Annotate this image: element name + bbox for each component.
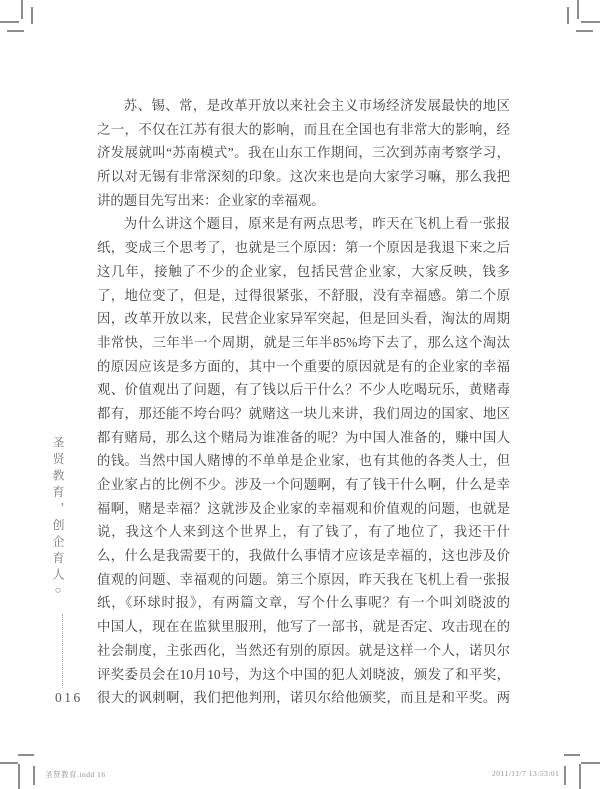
text-line: 了，地位变了，但是，过得很紧张，不舒服，没有幸福感。第二个原 [97,284,510,308]
circle-marker: ○ [52,585,64,602]
text-line: 这几年，接触了不少的企业家，包括民营企业家，大家反映，钱多 [97,260,510,284]
text-line: 苏、锡、常，是改革开放以来社会主义市场经济发展最快的地区 [97,94,510,118]
crop-mark [21,0,23,19]
text-line: 值观的问题、幸福观的问题。第三个原因，昨天我在飞机上看一张报 [97,568,510,592]
text-line: 非常快，三年半一个周期，就是三年半85%垮下去了，那么这个淘汰 [97,331,510,355]
text-line: 么，什么是我需要干的，我做什么事情才应该是幸福的，这也涉及价 [97,544,510,568]
crop-mark [564,754,580,756]
text-line: 的原因应该是多方面的，其中一个重要的原因就是有的企业家的幸福 [97,355,510,379]
crop-mark [18,754,34,756]
sidebar-caption: 圣贤教育，创企育人○ [50,436,67,676]
text-line: 都有，那还能不垮台吗？就赌这一块儿来讲，我们周边的国家、地区 [97,402,510,426]
crop-mark [581,762,600,764]
text-line: 因，改革开放以来，民营企业家异军突起，但是回头看，淘汰的周期 [97,307,510,331]
text-line: 的钱。当然中国人赌博的不单单是企业家，也有其他的各类人士，但 [97,449,510,473]
text-line: 之一，不仅在江苏有很大的影响，而且在全国也有非常大的影响，经 [97,118,510,142]
crop-mark [577,0,579,19]
text-line: 评奖委员会在10月10号，为这个中国的犯人刘晓波，颁发了和平奖， [97,663,510,687]
text-line: 说，我这个人来到这个世界上，有了钱了，有了地位了，我还干什 [97,520,510,544]
crop-mark [0,762,18,764]
text-line: 讲的题目先写出来：企业家的幸福观。 [97,189,510,213]
crop-mark [567,7,569,24]
text-line: 福啊，赌是幸福？这就涉及企业家的幸福观和价值观的问题，也就是 [97,497,510,521]
sidebar-dotted-rule [62,614,63,688]
crop-mark [581,21,600,23]
sidebar-caption-text: 圣贤教育，创企育人 [51,436,65,585]
text-line: 观、价值观出了问题，有了钱以后干什么？不少人吃喝玩乐，黄赌毒 [97,378,510,402]
footer-filename: 圣贤教育.indd 16 [45,769,106,780]
book-page: 圣贤教育，创企育人○ 016 苏、锡、常，是改革开放以来社会主义市场经济发展最快… [0,0,600,789]
crop-mark [579,764,581,789]
text-line: 济发展就叫“苏南模式”。我在山东工作期间，三次到苏南考察学习， [97,141,510,165]
footer-timestamp: 2011/11/7 13:53:01 [492,769,559,778]
crop-mark [31,7,33,24]
crop-mark [564,766,566,785]
text-line: 都有赌局，那么这个赌局为谁准备的呢？为中国人准备的，赚中国人 [97,426,510,450]
crop-mark [18,764,20,789]
text-line: 中国人，现在在监狱里服刑，他写了一部书，就是否定、攻击现在的 [97,615,510,639]
crop-mark [0,21,19,23]
body-text: 苏、锡、常，是改革开放以来社会主义市场经济发展最快的地区之一，不仅在江苏有很大的… [97,94,510,710]
text-line: 很大的讽刺啊，我们把他判刑，诺贝尔给他颁奖，而且是和平奖。两 [97,686,510,710]
crop-mark [33,766,35,785]
page-number: 016 [55,690,83,706]
text-line: 所以对无锡有非常深刻的印象。这次来也是向大家学习嘛，那么我把 [97,165,510,189]
text-line: 社会制度，主张西化，当然还有别的原因。就是这样一个人，诺贝尔 [97,639,510,663]
text-line: 企业家占的比例不少。涉及一个问题啊，有了钱干什么啊，什么是幸 [97,473,510,497]
text-line: 为什么讲这个题目，原来是有两点思考，昨天在飞机上看一张报 [97,212,510,236]
crop-mark [576,30,593,32]
text-line: 纸，变成三个思考了，也就是三个原因：第一个原因是我退下来之后 [97,236,510,260]
crop-mark [7,30,24,32]
text-line: 纸，《环球时报》，有两篇文章，写个什么事呢？有一个叫刘晓波的 [97,591,510,615]
